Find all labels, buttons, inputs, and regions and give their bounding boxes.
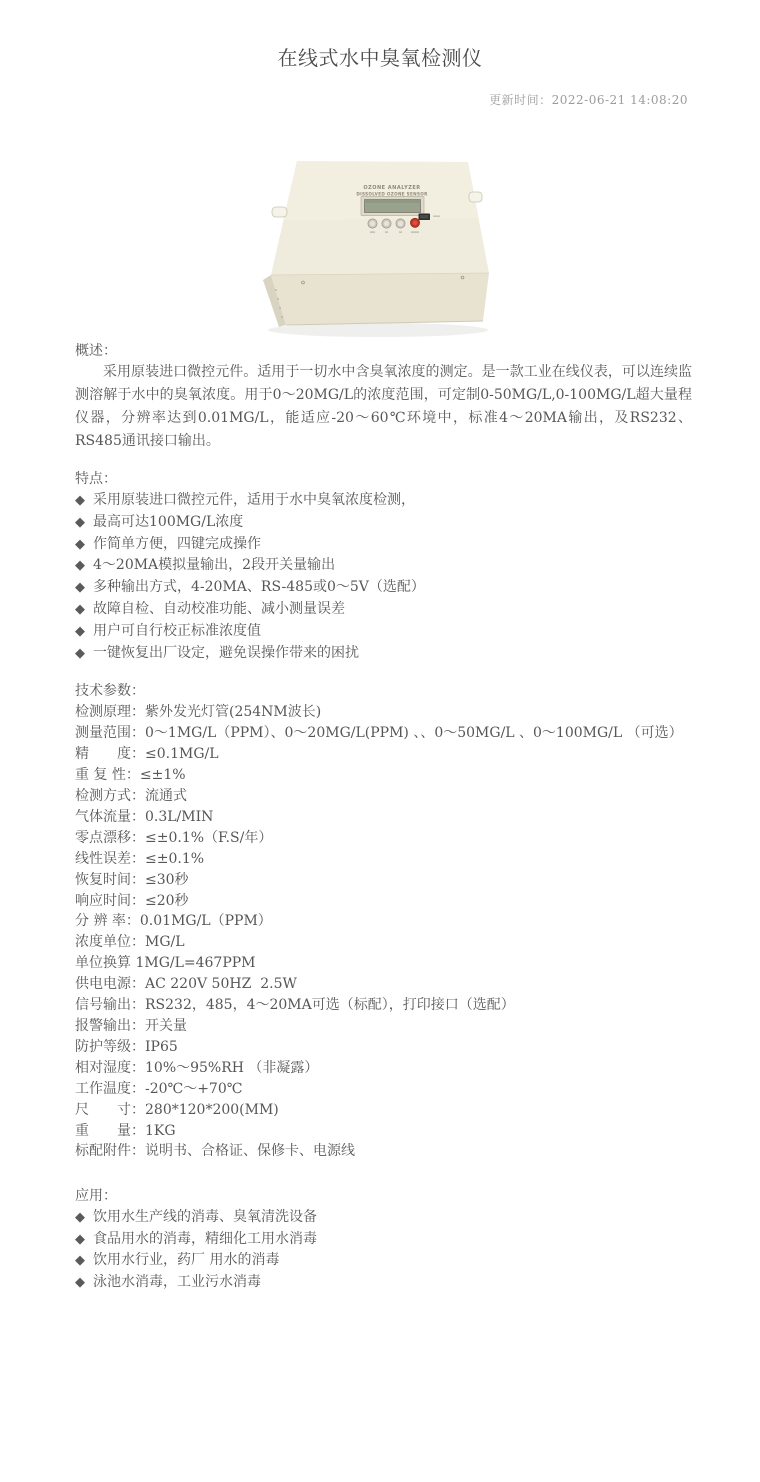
feature-item-text: 采用原装进口微控元件，适用于水中臭氧浓度检测，	[93, 492, 415, 508]
application-item-text: 泳池水消毒，工业污水消毒	[93, 1274, 261, 1290]
button-2-cap	[384, 221, 389, 226]
spec-row: 浓度单位：MG/L	[75, 932, 692, 953]
panel-title-line2: DISSOLVED OZONE SENSOR	[356, 192, 428, 197]
button-3-cap	[398, 221, 403, 226]
application-item-text: 饮用水行业，药厂 用水的消毒	[93, 1252, 279, 1268]
document-content: 概述： 采用原装进口微控元件。适用于一切水中含臭氧浓度的测定。是一款工业在线仪表…	[75, 341, 692, 1293]
screw-side-2	[277, 298, 279, 300]
screw-side-1	[275, 289, 277, 291]
feature-item-text: 故障自检、自动校准功能、减小测量误差	[93, 601, 345, 617]
button-power-cap	[413, 220, 418, 225]
button-3-label	[399, 232, 402, 233]
spec-row: 测量范围：0～1MG/L（PPM）、0～20MG/L(PPM) 、、0～50MG…	[75, 723, 692, 744]
spec-row: 相对湿度：10%～95%RH （非凝露）	[75, 1058, 692, 1079]
button-1-label	[370, 232, 375, 233]
application-item-text: 饮用水生产线的消毒、臭氧清洗设备	[93, 1209, 317, 1225]
spec-row: 重 量：1KG	[75, 1121, 692, 1142]
diamond-bullet-icon: ◆	[75, 556, 85, 577]
button-2-label	[385, 232, 388, 233]
feature-item-text: 最高可达100MG/L浓度	[93, 514, 243, 530]
lcd-screen-shade	[365, 200, 421, 204]
diamond-bullet-icon: ◆	[75, 644, 85, 665]
spec-row: 报警输出：开关量	[75, 1016, 692, 1037]
spec-row: 恢复时间：≤30秒	[75, 870, 692, 891]
spec-row: 检测方式：流通式	[75, 786, 692, 807]
application-item-text: 食品用水的消毒，精细化工用水消毒	[93, 1231, 317, 1247]
spec-row: 气体流量：0.3L/MIN	[75, 807, 692, 828]
feature-item-text: 多种输出方式，4-20MA、RS-485或0～5V（选配）	[93, 579, 425, 595]
spec-row: 尺 寸：280*120*200(MM)	[75, 1100, 692, 1121]
diamond-bullet-icon: ◆	[75, 1251, 85, 1272]
feature-item: ◆用户可自行校正标准浓度值	[75, 621, 692, 643]
feature-item: ◆采用原装进口微控元件，适用于水中臭氧浓度检测，	[75, 490, 692, 512]
left-connector	[272, 207, 287, 217]
diamond-bullet-icon: ◆	[75, 1208, 85, 1229]
right-connector	[469, 192, 482, 202]
feature-item: ◆多种输出方式，4-20MA、RS-485或0～5V（选配）	[75, 577, 692, 599]
specs-heading: 技术参数：	[75, 681, 692, 702]
application-item: ◆食品用水的消毒，精细化工用水消毒	[75, 1229, 692, 1251]
feature-item: ◆一键恢复出厂设定，避免误操作带来的困扰	[75, 643, 692, 665]
application-item: ◆饮用水生产线的消毒、臭氧清洗设备	[75, 1207, 692, 1229]
feature-item-text: 作简单方便，四键完成操作	[93, 536, 261, 552]
diamond-bullet-icon: ◆	[75, 578, 85, 599]
spec-row: 重 复 性：≤±1%	[75, 765, 692, 786]
overview-section: 概述： 采用原装进口微控元件。适用于一切水中含臭氧浓度的测定。是一款工业在线仪表…	[75, 341, 692, 453]
applications-section: 应用： ◆饮用水生产线的消毒、臭氧清洗设备 ◆食品用水的消毒，精细化工用水消毒 …	[75, 1186, 692, 1293]
spec-row: 分 辨 率：0.01MG/L（PPM）	[75, 911, 692, 932]
feature-item: ◆故障自检、自动校准功能、减小测量误差	[75, 599, 692, 621]
device-front-face	[271, 273, 489, 325]
page-title: 在线式水中臭氧检测仪	[0, 42, 760, 71]
screw-side-3	[279, 307, 281, 309]
feature-item-text: 一键恢复出厂设定，避免误操作带来的困扰	[93, 645, 359, 661]
product-document-page: 在线式水中臭氧检测仪 更新时间：2022-06-21 14:08:20 OZON…	[0, 0, 760, 1482]
panel-title-line1: OZONE ANALYZER	[363, 185, 420, 191]
specs-section: 技术参数： 检测原理：紫外发光灯管(254NM波长) 测量范围：0～1MG/L（…	[75, 681, 692, 1162]
spec-row: 线性误差：≤±0.1%	[75, 849, 692, 870]
screw-side-4	[281, 316, 283, 318]
applications-heading: 应用：	[75, 1186, 692, 1207]
updated-timestamp: 更新时间：2022-06-21 14:08:20	[489, 91, 688, 108]
diamond-bullet-icon: ◆	[75, 513, 85, 534]
feature-item-text: 4～20MA模拟量输出，2段开关量输出	[93, 557, 335, 573]
diamond-bullet-icon: ◆	[75, 622, 85, 643]
diamond-bullet-icon: ◆	[75, 535, 85, 556]
application-item: ◆饮用水行业，药厂 用水的消毒	[75, 1250, 692, 1272]
product-figure: OZONE ANALYZER DISSOLVED OZONE SENSOR	[250, 133, 530, 348]
button-1-cap	[370, 221, 375, 226]
spec-row: 标配附件：说明书、合格证、保修卡、电源线	[75, 1141, 692, 1162]
overview-paragraph: 采用原装进口微控元件。适用于一切水中含臭氧浓度的测定。是一款工业在线仪表，可以连…	[75, 361, 692, 453]
feature-item-text: 用户可自行校正标准浓度值	[93, 623, 261, 639]
overview-heading: 概述：	[75, 341, 692, 361]
diamond-bullet-icon: ◆	[75, 1230, 85, 1251]
button-power-label	[411, 232, 419, 233]
spec-row: 响应时间：≤20秒	[75, 891, 692, 912]
usb-port-slot	[420, 215, 429, 219]
spec-row: 单位换算 1MG/L=467PPM	[75, 953, 692, 974]
product-image: OZONE ANALYZER DISSOLVED OZONE SENSOR	[250, 133, 530, 348]
spec-row: 精 度：≤0.1MG/L	[75, 744, 692, 765]
spec-row: 工作温度：-20℃～+70℃	[75, 1079, 692, 1100]
spec-row: 信号输出：RS232，485，4～20MA可选（标配），打印接口（选配）	[75, 995, 692, 1016]
application-item: ◆泳池水消毒，工业污水消毒	[75, 1272, 692, 1294]
diamond-bullet-icon: ◆	[75, 1273, 85, 1294]
spec-row: 检测原理：紫外发光灯管(254NM波长)	[75, 702, 692, 723]
features-heading: 特点：	[75, 469, 692, 490]
spec-row: 供电电源：AC 220V 50HZ 2.5W	[75, 974, 692, 995]
feature-item: ◆作简单方便，四键完成操作	[75, 534, 692, 556]
spec-row: 零点漂移：≤±0.1%（F.S/年）	[75, 828, 692, 849]
spec-row: 防护等级：IP65	[75, 1037, 692, 1058]
diamond-bullet-icon: ◆	[75, 600, 85, 621]
feature-item: ◆4～20MA模拟量输出，2段开关量输出	[75, 555, 692, 577]
feature-item: ◆最高可达100MG/L浓度	[75, 512, 692, 534]
usb-port-label	[433, 216, 440, 217]
features-section: 特点： ◆采用原装进口微控元件，适用于水中臭氧浓度检测， ◆最高可达100MG/…	[75, 469, 692, 664]
diamond-bullet-icon: ◆	[75, 491, 85, 512]
